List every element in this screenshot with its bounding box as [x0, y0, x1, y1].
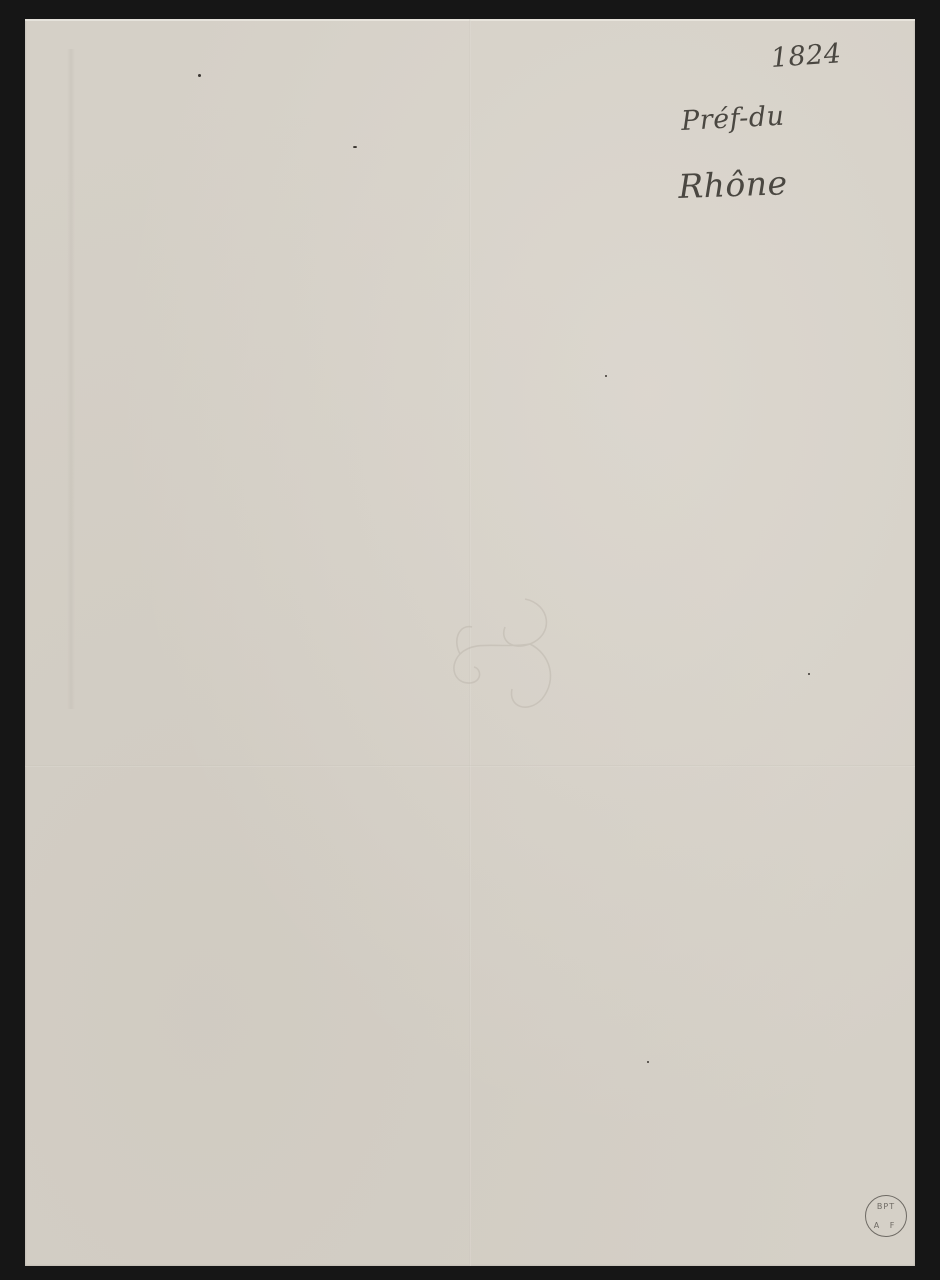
handwritten-note-prefecture: Préf-du	[680, 101, 785, 137]
paper-sheet: 1824 Préf-du Rhône BPT A F	[25, 19, 915, 1266]
scan-background: 1824 Préf-du Rhône BPT A F	[0, 0, 940, 1280]
stamp-top-text: BPT	[866, 1202, 906, 1211]
watermark-emblem-icon	[430, 579, 570, 719]
paper-speck	[353, 146, 357, 148]
library-stamp-icon: BPT A F	[865, 1195, 907, 1237]
margin-shadow	[67, 49, 75, 709]
paper-speck	[198, 74, 201, 77]
handwritten-note-rhone: Rhône	[678, 163, 789, 206]
paper-speck	[605, 375, 607, 377]
paper-speck	[647, 1061, 649, 1063]
paper-speck	[808, 673, 810, 675]
handwritten-year: 1824	[770, 38, 843, 74]
horizontal-fold-line	[25, 765, 915, 767]
stamp-bottom-text: A F	[866, 1221, 906, 1230]
